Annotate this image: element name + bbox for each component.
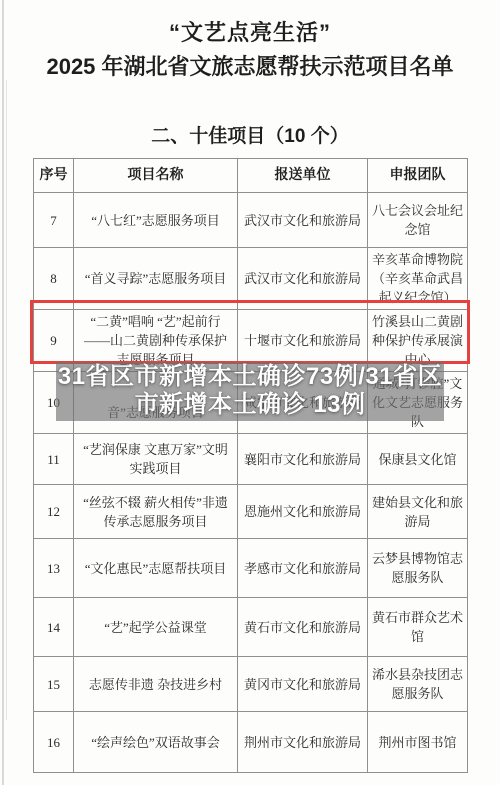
document-title-main: 2025 年湖北省文旅志愿帮扶示范项目名单 <box>0 50 500 81</box>
row-num: 11 <box>34 434 74 485</box>
header-project: 项目名称 <box>74 159 238 193</box>
row-team: 黄石市群众艺术馆 <box>368 598 468 657</box>
row-team: 保康县文化馆 <box>368 434 468 485</box>
header-team: 申报团队 <box>368 159 468 193</box>
row-num: 14 <box>34 598 74 657</box>
row-unit: 襄阳市文化和旅游局 <box>238 434 368 485</box>
row-unit: 荆州市文化和旅游局 <box>238 712 368 773</box>
row-team: 八七会议会址纪念馆 <box>368 193 468 248</box>
table-row: 15 志愿传非遗 杂技进乡村 黄冈市文化和旅游局 浠水县杂技团志愿服务队 <box>34 657 468 712</box>
table-row: 11 “艺润保康 文惠万家”文明实践项目 襄阳市文化和旅游局 保康县文化馆 <box>34 434 468 485</box>
row-project: “八七红”志愿服务项目 <box>74 193 238 248</box>
subtitle-line-1: 31省区市新增本土确诊73例/31省区 <box>58 363 442 390</box>
row-project: “艺润保康 文惠万家”文明实践项目 <box>74 434 238 485</box>
video-subtitle-text: 31省区市新增本土确诊73例/31省区市新增本土确诊 13例 <box>48 363 452 419</box>
header-unit: 报送单位 <box>238 159 368 193</box>
document-title-quote: “文艺点亮生活” <box>0 16 500 47</box>
table-row: 12 “丝弦不辍 薪火相传”非遗传承志愿服务项目 恩施州文化和旅游局 建始县文化… <box>34 485 468 539</box>
table-header-row: 序号 项目名称 报送单位 申报团队 <box>34 159 468 193</box>
section-title: 二、十佳项目（10 个） <box>0 121 500 148</box>
row-project: 志愿传非遗 杂技进乡村 <box>74 657 238 712</box>
row-team: 云梦县博物馆志愿服务队 <box>368 539 468 598</box>
row-unit: 恩施州文化和旅游局 <box>238 485 368 539</box>
row-num: 16 <box>34 712 74 773</box>
table-row: 8 “首义寻踪”志愿服务项目 武汉市文化和旅游局 辛亥革命博物院（辛亥革命武昌起… <box>34 248 468 310</box>
row-project: “丝弦不辍 薪火相传”非遗传承志愿服务项目 <box>74 485 238 539</box>
subtitle-line-2: 市新增本土确诊 13例 <box>135 391 366 418</box>
row-team: 辛亥革命博物院（辛亥革命武昌起义纪念馆） <box>368 248 468 310</box>
projects-table: 序号 项目名称 报送单位 申报团队 7 “八七红”志愿服务项目 武汉市文化和旅游… <box>33 158 468 773</box>
row-unit: 武汉市文化和旅游局 <box>238 248 368 310</box>
row-team: 建始县文化和旅游局 <box>368 485 468 539</box>
row-unit: 孝感市文化和旅游局 <box>238 539 368 598</box>
row-num: 15 <box>34 657 74 712</box>
row-num: 7 <box>34 193 74 248</box>
video-subtitle-overlay: 31省区市新增本土确诊73例/31省区市新增本土确诊 13例 <box>56 362 444 421</box>
row-num: 13 <box>34 539 74 598</box>
photo-edge-artifact-2 <box>6 80 7 720</box>
header-num: 序号 <box>34 159 74 193</box>
row-unit: 黄冈市文化和旅游局 <box>238 657 368 712</box>
row-project: “艺”起学公益课堂 <box>74 598 238 657</box>
row-project: “首义寻踪”志愿服务项目 <box>74 248 238 310</box>
row-project: “文化惠民”志愿帮扶项目 <box>74 539 238 598</box>
document-photo: { "page": { "title_quote": "“文艺点亮生活”", "… <box>0 0 500 785</box>
row-num: 8 <box>34 248 74 310</box>
table-row: 14 “艺”起学公益课堂 黄石市文化和旅游局 黄石市群众艺术馆 <box>34 598 468 657</box>
table-row: 16 “绘声绘色”双语故事会 荆州市文化和旅游局 荆州市图书馆 <box>34 712 468 773</box>
photo-edge-artifact <box>2 0 4 785</box>
table-row: 13 “文化惠民”志愿帮扶项目 孝感市文化和旅游局 云梦县博物馆志愿服务队 <box>34 539 468 598</box>
row-team: 浠水县杂技团志愿服务队 <box>368 657 468 712</box>
table-row: 7 “八七红”志愿服务项目 武汉市文化和旅游局 八七会议会址纪念馆 <box>34 193 468 248</box>
row-unit: 黄石市文化和旅游局 <box>238 598 368 657</box>
row-unit: 武汉市文化和旅游局 <box>238 193 368 248</box>
row-project: “绘声绘色”双语故事会 <box>74 712 238 773</box>
row-num: 12 <box>34 485 74 539</box>
row-team: 荆州市图书馆 <box>368 712 468 773</box>
